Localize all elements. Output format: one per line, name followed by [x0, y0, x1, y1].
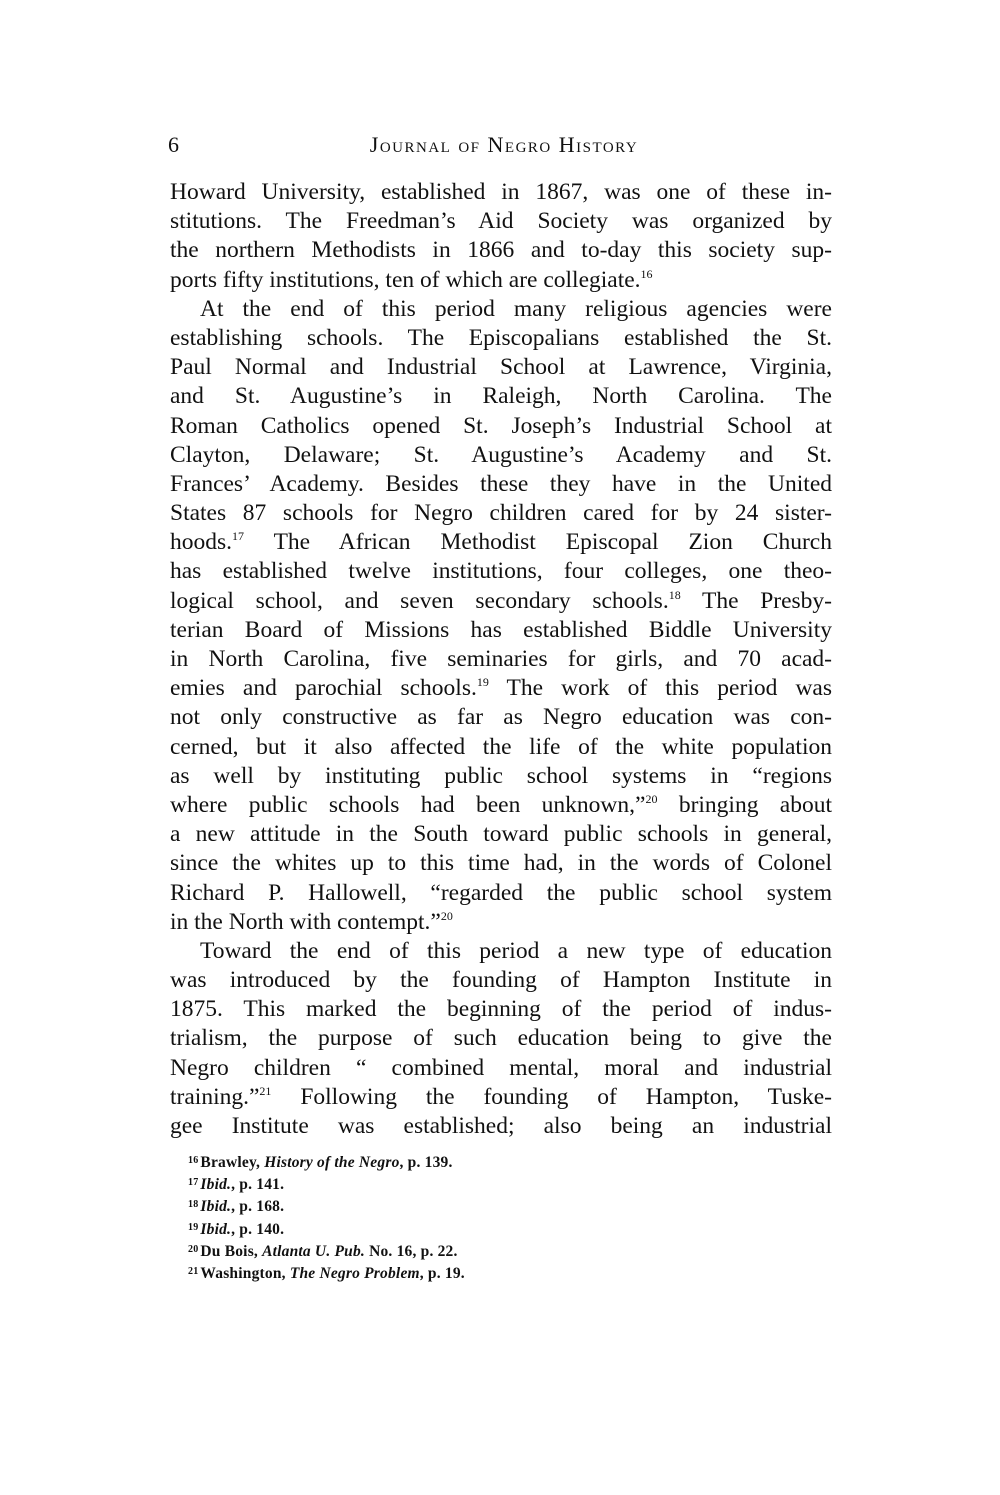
footnotes: 16Brawley, History of the Negro, p. 139.…: [188, 1152, 748, 1285]
text-line: Toward the end of this period a new type…: [170, 937, 832, 966]
footnote-17: 17Ibid., p. 141.: [188, 1174, 748, 1196]
footnote-number: 17: [188, 1177, 198, 1188]
running-header: 6 Journal of Negro History: [168, 130, 832, 160]
text-line: Howard University, established in 1867, …: [170, 178, 832, 207]
text-line: Clayton, Delaware; St. Augustine’s Acade…: [170, 441, 832, 470]
footnote-21: 21Washington, The Negro Problem, p. 19.: [188, 1263, 748, 1285]
citation-title: Ibid.: [200, 1198, 231, 1215]
text-line: in North Carolina, five seminaries for g…: [170, 645, 832, 674]
footnote-16: 16Brawley, History of the Negro, p. 139.: [188, 1152, 748, 1174]
text-line: a new attitude in the South toward publi…: [170, 820, 832, 849]
text-line: ports fifty institutions, ten of which a…: [170, 266, 832, 295]
text-line: in the North with contempt.”20: [170, 908, 832, 937]
footnote-number: 19: [188, 1222, 198, 1233]
text-line: Frances’ Academy. Besides these they hav…: [170, 470, 832, 499]
footnote-number: 18: [188, 1199, 198, 1210]
text-line: terian Board of Missions has established…: [170, 616, 832, 645]
text-line: and St. Augustine’s in Raleigh, North Ca…: [170, 382, 832, 411]
citation-title: Ibid.: [200, 1176, 231, 1193]
footnote-19: 19Ibid., p. 140.: [188, 1219, 748, 1241]
text-line: as well by instituting public school sys…: [170, 762, 832, 791]
footnote-ref: 17: [232, 529, 244, 543]
text-line: training.”21 Following the founding of H…: [170, 1083, 832, 1112]
footnote-number: 20: [188, 1244, 198, 1255]
document-page: 6 Journal of Negro History Howard Univer…: [0, 0, 1000, 1495]
text-line: stitutions. The Freedman’s Aid Society w…: [170, 207, 832, 236]
body-text: Howard University, established in 1867, …: [170, 178, 832, 1141]
text-line: emies and parochial schools.19 The work …: [170, 674, 832, 703]
footnote-20: 20Du Bois, Atlanta U. Pub. No. 16, p. 22…: [188, 1241, 748, 1263]
text-line: States 87 schools for Negro children car…: [170, 499, 832, 528]
text-line: hoods.17 The African Methodist Episcopal…: [170, 528, 832, 557]
text-line: Richard P. Hallowell, “regarded the publ…: [170, 879, 832, 908]
citation-title: The Negro Problem: [290, 1265, 420, 1282]
citation-title: Ibid.: [200, 1221, 231, 1238]
footnote-ref: 18: [669, 588, 681, 602]
text-line: 1875. This marked the beginning of the p…: [170, 995, 832, 1024]
footnote-18: 18Ibid., p. 168.: [188, 1196, 748, 1218]
text-line: gee Institute was established; also bein…: [170, 1112, 832, 1141]
footnote-ref: 20: [645, 792, 657, 806]
footnote-ref: 16: [641, 267, 653, 281]
footnote-number: 21: [188, 1266, 198, 1277]
text-line: since the whites up to this time had, in…: [170, 849, 832, 878]
text-line: establishing schools. The Episcopalians …: [170, 324, 832, 353]
text-line: logical school, and seven secondary scho…: [170, 587, 832, 616]
text-line: trialism, the purpose of such education …: [170, 1024, 832, 1053]
footnote-ref: 19: [477, 675, 489, 689]
text-line: Roman Catholics opened St. Joseph’s Indu…: [170, 412, 832, 441]
text-line: the northern Methodists in 1866 and to-d…: [170, 236, 832, 265]
text-line: At the end of this period many religious…: [170, 295, 832, 324]
text-line: not only constructive as far as Negro ed…: [170, 703, 832, 732]
footnote-ref: 20: [441, 909, 453, 923]
footnote-number: 16: [188, 1155, 198, 1166]
text-line: where public schools had been unknown,”2…: [170, 791, 832, 820]
journal-title: Journal of Negro History: [168, 130, 832, 160]
text-line: cerned, but it also affected the life of…: [170, 733, 832, 762]
footnote-ref: 21: [259, 1084, 271, 1098]
citation-title: History of the Negro: [264, 1154, 399, 1171]
text-line: has established twelve institutions, fou…: [170, 557, 832, 586]
text-line: was introduced by the founding of Hampto…: [170, 966, 832, 995]
text-line: Negro children “ combined mental, moral …: [170, 1054, 832, 1083]
citation-title: Atlanta U. Pub.: [262, 1243, 365, 1260]
text-line: Paul Normal and Industrial School at Law…: [170, 353, 832, 382]
